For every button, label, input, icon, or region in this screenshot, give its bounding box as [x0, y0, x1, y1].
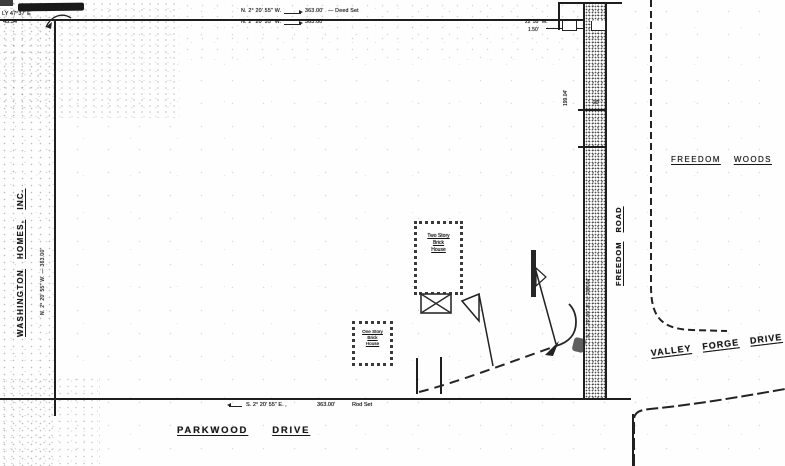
survey-marker-bar [531, 250, 536, 297]
driveway-dashed-curve [419, 346, 556, 392]
valley-forge-south-curb-curve [634, 389, 785, 466]
driveway-hook-curve [556, 304, 576, 346]
linework-overlay [0, 0, 785, 466]
freedom-road-east-curb-curve [651, 0, 727, 331]
plat-map-canvas: N. 2° 20' 55" W. 363.00' — Deed Set N. 2… [0, 0, 785, 466]
survey-flag-pole [536, 271, 556, 344]
survey-flag-pole [479, 294, 493, 366]
survey-flag-icon [462, 294, 479, 321]
